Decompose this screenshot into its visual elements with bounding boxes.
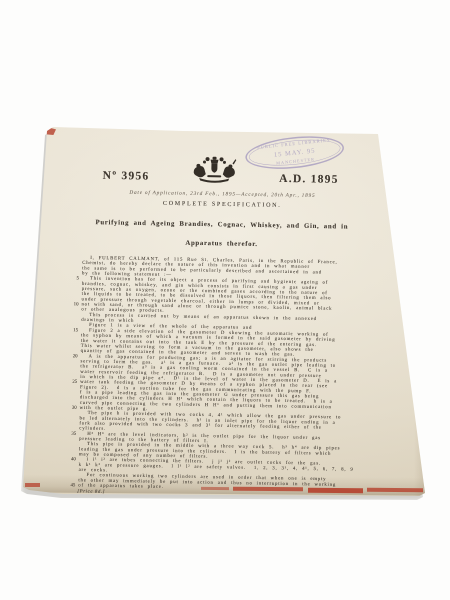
line-number: 45 <box>63 483 75 488</box>
stamp-top-text: PUBLIC FREE LIBRARIES <box>257 137 331 150</box>
paper-right-edge-shading <box>414 127 426 497</box>
patent-title-line2: Apparatus therefor. <box>58 237 386 249</box>
line-number: 15 <box>66 328 78 333</box>
line-number: 25 <box>65 379 77 384</box>
photo-background: PUBLIC FREE LIBRARIES 15 MAY. 95 MANCHES… <box>0 0 450 600</box>
line-number: 35 <box>64 431 76 436</box>
line-number: 30 <box>65 405 77 410</box>
printed-content: PUBLIC FREE LIBRARIES 15 MAY. 95 MANCHES… <box>53 160 387 499</box>
red-edge-mark <box>25 483 40 487</box>
patent-year: A.D. 1895 <box>279 172 339 186</box>
specification-body: I, FULBERT CALMANT, of 115 Rue St. Charl… <box>53 255 382 493</box>
line-number: 5 <box>67 276 79 281</box>
stamp-date: 15 MAY. 95 <box>274 146 316 158</box>
royal-coat-of-arms-icon <box>192 154 237 189</box>
line-number: 10 <box>66 302 78 307</box>
patent-title: Purifying and Ageing Brandies, Cognac, W… <box>57 206 386 262</box>
line-number: 20 <box>66 353 78 358</box>
line-number: 40 <box>64 457 76 462</box>
patent-number: Nº 3956 <box>103 169 150 183</box>
torn-corner-mark <box>43 127 56 135</box>
patent-document-page: PUBLIC FREE LIBRARIES 15 MAY. 95 MANCHES… <box>23 127 426 497</box>
stamp-bottom-text: MANCHESTER <box>276 157 315 166</box>
patent-title-line1: Purifying and Ageing Brandies, Cognac, W… <box>58 218 386 230</box>
